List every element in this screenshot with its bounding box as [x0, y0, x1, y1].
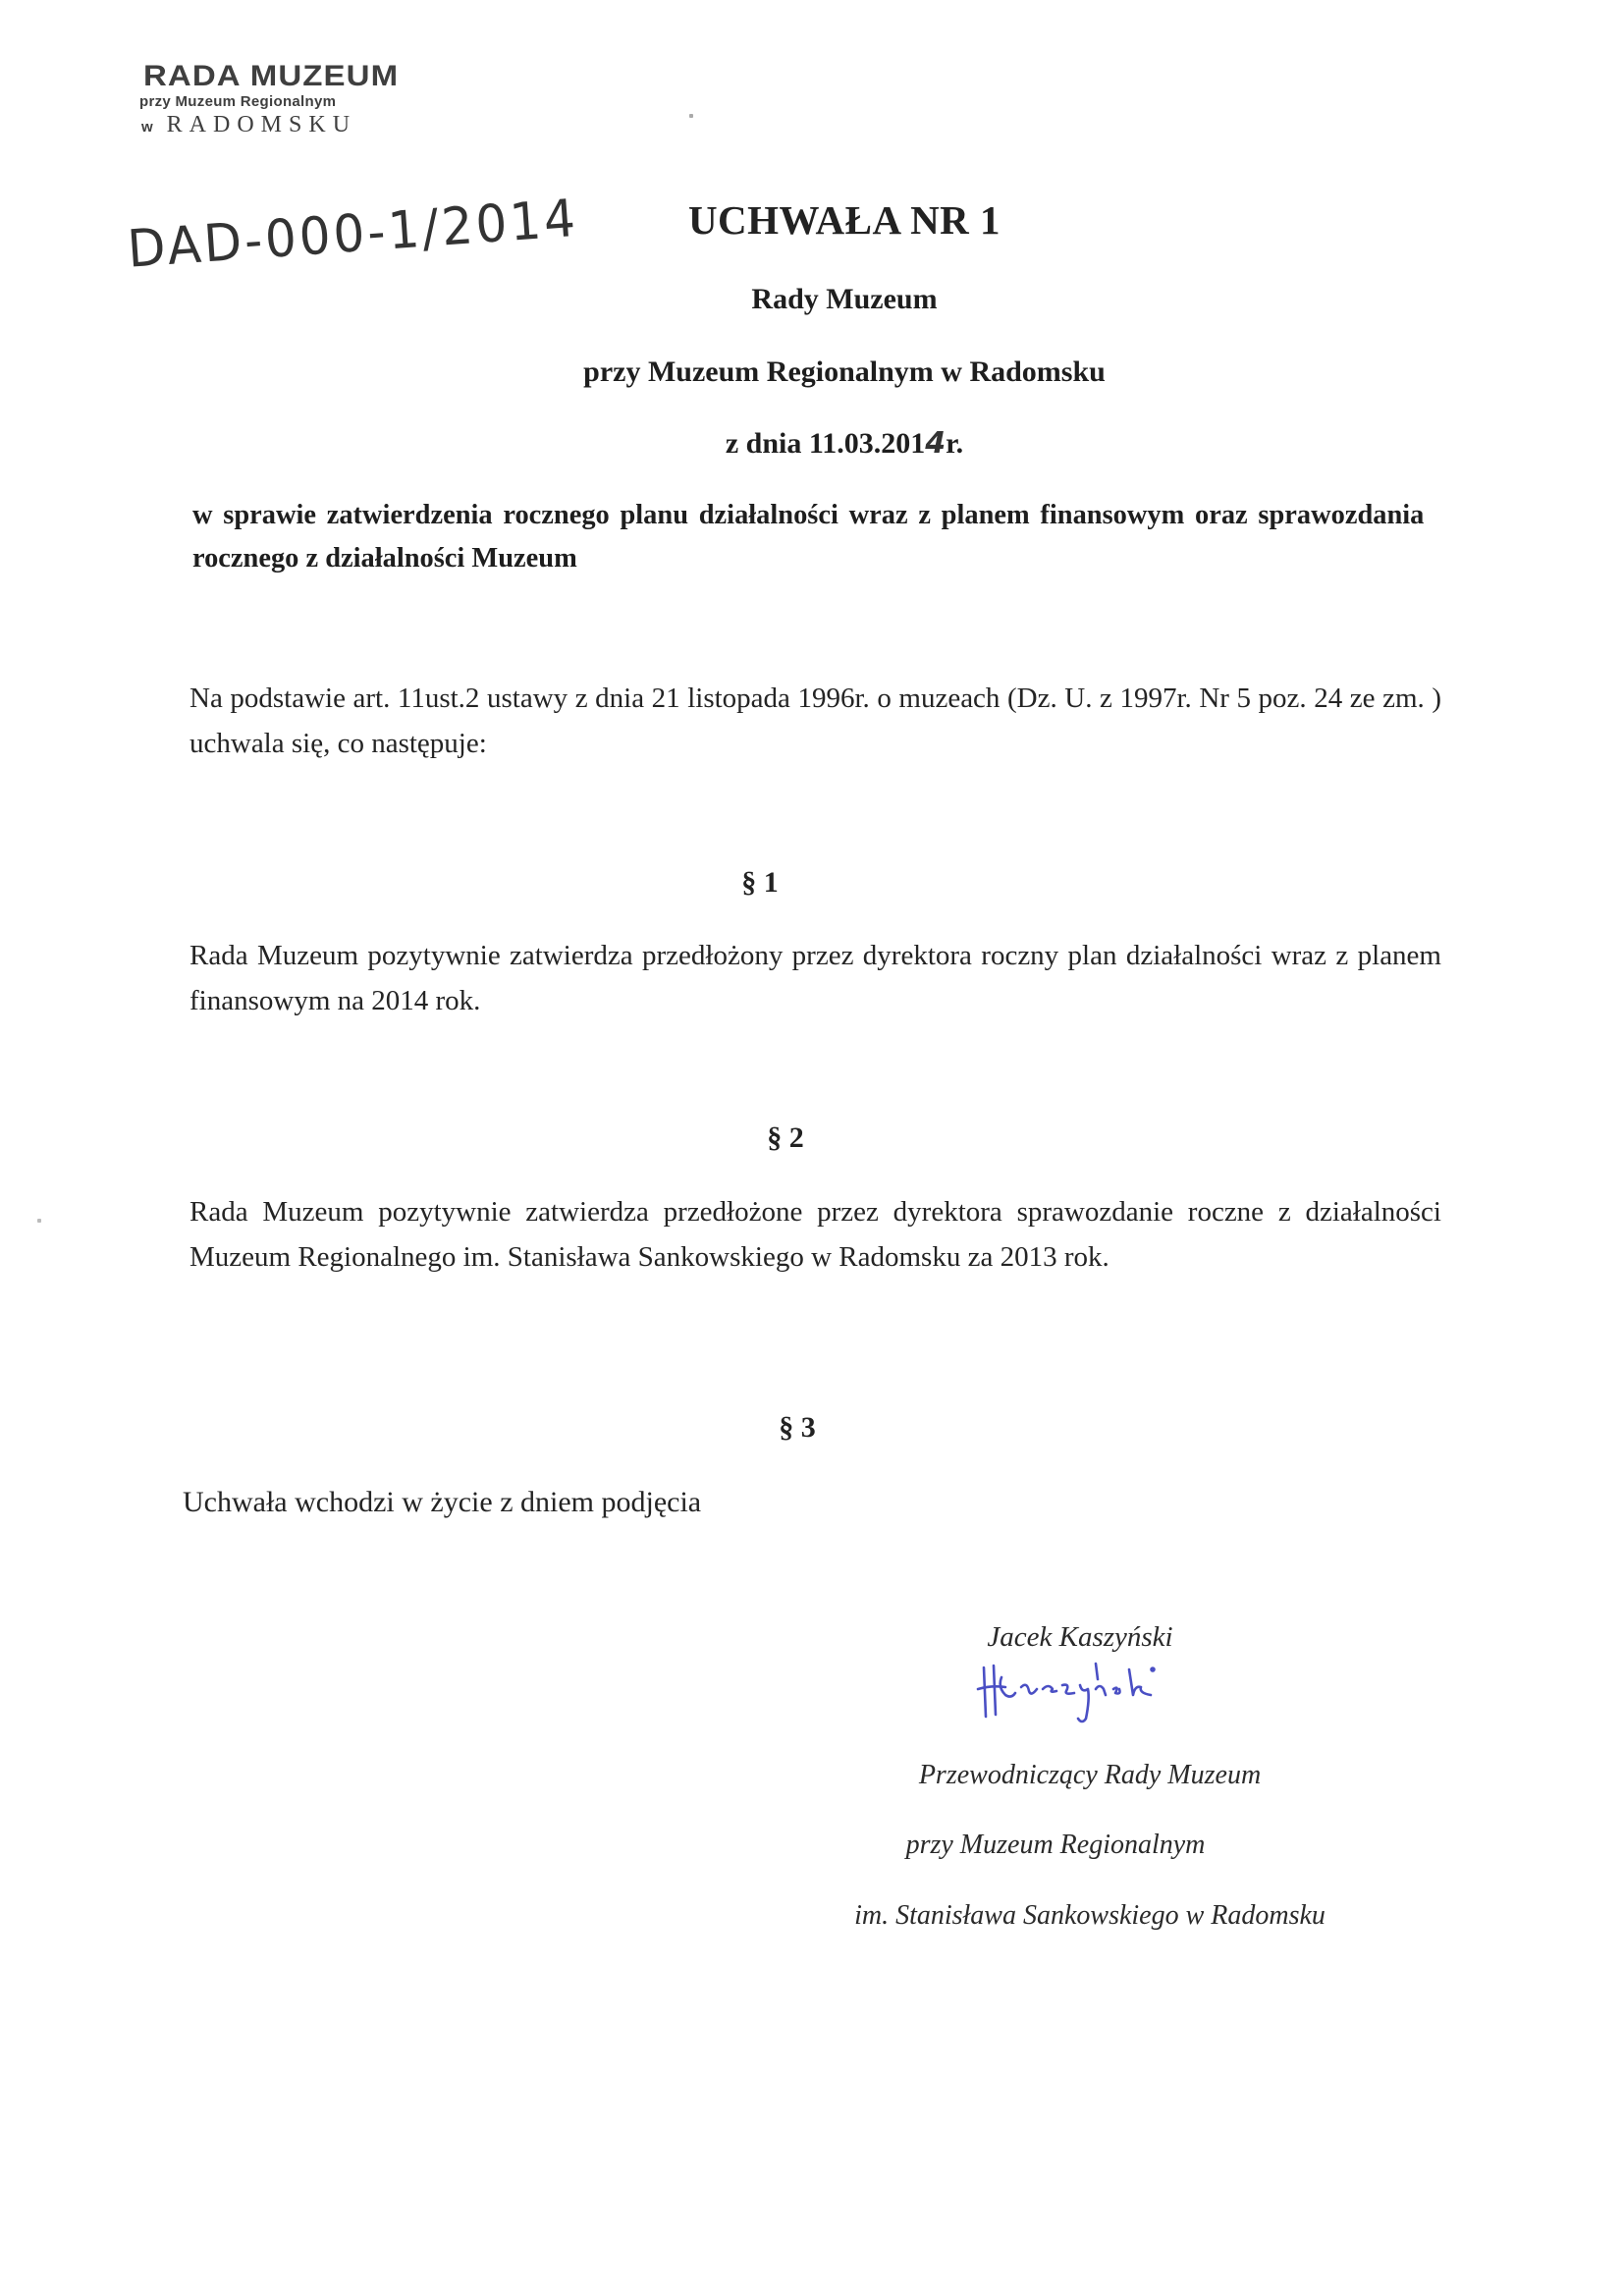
section-text-2: Rada Muzeum pozytywnie zatwierdza przedł… [189, 1189, 1441, 1280]
scan-speck [37, 1219, 41, 1223]
council-stamp: RADA MUZEUM przy Muzeum Regionalnym wRAD… [137, 61, 461, 140]
stamp-line-museum: przy Muzeum Regionalnym [139, 92, 461, 112]
resolution-subject: w sprawie zatwierdzenia rocznego planu d… [192, 493, 1424, 579]
handwritten-signature [972, 1660, 1217, 1738]
date-handwritten-digit: 4 [925, 426, 946, 461]
registry-number-handwritten: DAD-000-1/2014 [126, 189, 580, 280]
stamp-city-prefix: w [141, 119, 153, 136]
resolution-issuer: Rady Muzeum [550, 283, 1139, 316]
stamp-line-city: wRADOMSKU [141, 112, 461, 140]
section-mark-1: § 1 [701, 866, 819, 900]
stamp-city: RADOMSKU [167, 112, 356, 137]
scan-speck [689, 114, 693, 118]
signature-icon [972, 1660, 1217, 1738]
resolution-title: UCHWAŁA NR 1 [638, 196, 1051, 244]
signatory-institution-full: im. Stanisława Sankowskiego w Radomsku [815, 1900, 1365, 1932]
legal-basis: Na podstawie art. 11ust.2 ustawy z dnia … [189, 676, 1441, 766]
section-text-1: Rada Muzeum pozytywnie zatwierdza przedł… [189, 933, 1441, 1023]
date-suffix: r. [946, 427, 963, 460]
signatory-institution: przy Muzeum Regionalnym [844, 1830, 1267, 1861]
date-prefix: z dnia 11.03.201 [726, 427, 925, 460]
section-text-3: Uchwała wchodzi w życie z dniem podjęcia [183, 1480, 1434, 1525]
section-mark-2: § 2 [727, 1121, 844, 1155]
resolution-issuer-institution: przy Muzeum Regionalnym w Radomsku [471, 355, 1217, 389]
section-mark-3: § 3 [738, 1411, 856, 1445]
signatory-name: Jacek Kaszyński [933, 1621, 1227, 1654]
signatory-role: Przewodniczący Rady Muzeum [844, 1760, 1335, 1791]
stamp-line-council: RADA MUZEUM [143, 61, 493, 92]
resolution-date: z dnia 11.03.2014r. [550, 426, 1139, 461]
